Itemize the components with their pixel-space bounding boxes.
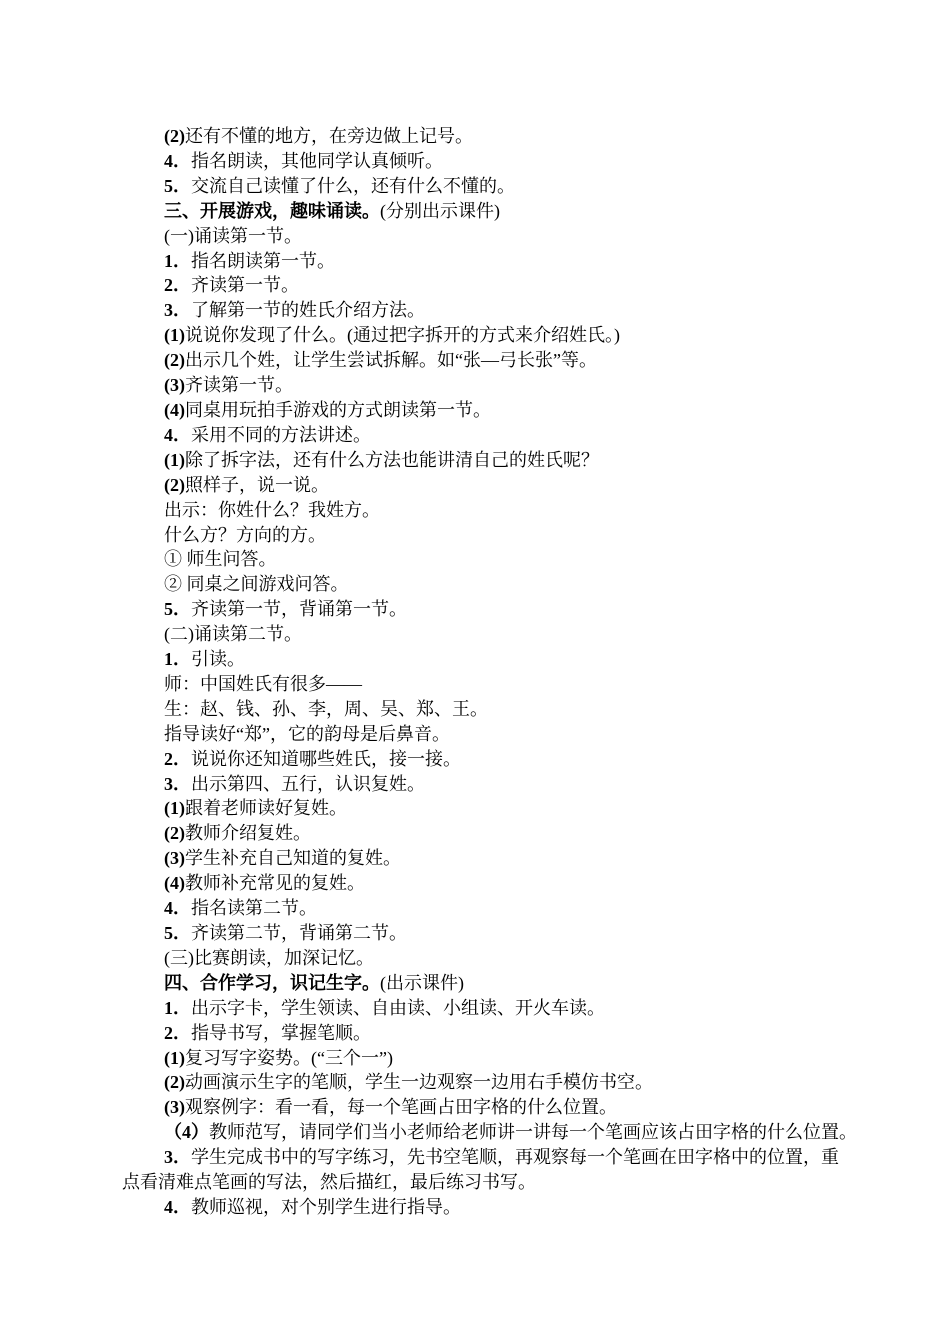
line-text: 除了拆字法，还有什么方法也能讲清自己的姓氏呢？ [185,450,599,470]
text-line: 3．学生完成书中的写字练习，先书空笔顺，再观察每一个笔画在田字格中的位置，重 [122,1145,830,1170]
line-text: 跟着老师读好复姓。 [185,798,347,818]
line-text: 点看清难点笔画的写法，然后描红，最后练习书写。 [122,1172,536,1192]
line-text: 交流自己读懂了什么，还有什么不懂的。 [191,176,515,196]
list-marker: (1) [164,450,185,470]
text-line: 1．出示字卡，学生领读、自由读、小组读、开火车读。 [122,996,830,1021]
line-text: 采用不同的方法讲述。 [191,425,371,445]
line-text: 了解第一节的姓氏介绍方法。 [191,300,425,320]
text-line: 三、开展游戏，趣味诵读。(分别出示课件) [122,199,830,224]
line-text: 教师介绍复姓。 [185,823,311,843]
line-text: 指导读好“郑”，它的韵母是后鼻音。 [164,724,450,744]
list-marker: 3． [164,300,191,320]
line-text: 教师范写，请同学们当小老师给老师讲一讲每一个笔画应该占田字格的什么位置。 [209,1122,857,1142]
line-text: 出示字卡，学生领读、自由读、小组读、开火车读。 [191,998,605,1018]
line-text: 指名读第二节。 [191,898,317,918]
line-text: 还有不懂的地方，在旁边做上记号。 [185,126,473,146]
line-text: 指名朗读，其他同学认真倾听。 [191,151,443,171]
list-marker: (2) [164,350,185,370]
list-marker: 1． [164,251,191,271]
line-text: 观察例字：看一看，每一个笔画占田字格的什么位置。 [185,1097,617,1117]
text-line: 2．齐读第一节。 [122,273,830,298]
text-line: ② 同桌之间游戏问答。 [122,572,830,597]
line-text: 教师巡视，对个别学生进行指导。 [191,1197,461,1217]
list-marker: (1) [164,1048,185,1068]
line-text: 学生完成书中的写字练习，先书空笔顺，再观察每一个笔画在田字格中的位置，重 [191,1147,839,1167]
text-line: 4．指名朗读，其他同学认真倾听。 [122,149,830,174]
text-line: (3)学生补充自己知道的复姓。 [122,846,830,871]
list-marker: 3． [164,1147,191,1167]
line-text: 教师补充常见的复姓。 [185,873,365,893]
text-line: 四、合作学习，识记生字。(出示课件) [122,971,830,996]
line-text: 引读。 [191,649,245,669]
document-page: (2)还有不懂的地方，在旁边做上记号。4．指名朗读，其他同学认真倾听。5．交流自… [0,0,950,1344]
line-text: 学生补充自己知道的复姓。 [185,848,401,868]
list-marker: 4． [164,151,191,171]
text-line: (4)教师补充常见的复姓。 [122,871,830,896]
text-line: (二)诵读第二节。 [122,622,830,647]
text-line: 1．引读。 [122,647,830,672]
text-line: (三)比赛朗读，加深记忆。 [122,946,830,971]
text-line: (2)动画演示生字的笔顺，学生一边观察一边用右手模仿书空。 [122,1070,830,1095]
line-text: (出示课件) [380,973,464,993]
list-marker: 5． [164,923,191,943]
line-text: 指导书写，掌握笔顺。 [191,1023,371,1043]
text-line: 点看清难点笔画的写法，然后描红，最后练习书写。 [122,1170,830,1195]
text-line: 生：赵、钱、孙、李，周、吴、郑、王。 [122,697,830,722]
text-line: 4．采用不同的方法讲述。 [122,423,830,448]
section-heading: 三、开展游戏，趣味诵读。 [164,201,380,221]
text-line: 出示：你姓什么？我姓方。 [122,498,830,523]
list-marker: 1． [164,649,191,669]
list-marker: (1) [164,325,185,345]
text-line: (2)出示几个姓，让学生尝试拆解。如“张—弓长张”等。 [122,348,830,373]
line-text: (分别出示课件) [380,201,500,221]
line-text: 出示几个姓，让学生尝试拆解。如“张—弓长张”等。 [185,350,597,370]
document-body: (2)还有不懂的地方，在旁边做上记号。4．指名朗读，其他同学认真倾听。5．交流自… [122,124,830,1220]
text-line: (4)同桌用玩拍手游戏的方式朗读第一节。 [122,398,830,423]
text-line: 5．齐读第二节，背诵第二节。 [122,921,830,946]
list-marker: (3) [164,375,185,395]
text-line: 指导读好“郑”，它的韵母是后鼻音。 [122,722,830,747]
list-marker: 5． [164,176,191,196]
text-line: (2)教师介绍复姓。 [122,821,830,846]
text-line: (1)复习写字姿势。(“三个一”) [122,1046,830,1071]
text-line: (3)齐读第一节。 [122,373,830,398]
text-line: (2)还有不懂的地方，在旁边做上记号。 [122,124,830,149]
text-line: (1)说说你发现了什么。(通过把字拆开的方式来介绍姓氏。) [122,323,830,348]
text-line: 1．指名朗读第一节。 [122,249,830,274]
text-line: (1)除了拆字法，还有什么方法也能讲清自己的姓氏呢？ [122,448,830,473]
line-text: (一)诵读第一节。 [164,226,302,246]
line-text: 齐读第一节。 [191,275,299,295]
text-line: 3．出示第四、五行，认识复姓。 [122,772,830,797]
list-marker: 1． [164,998,191,1018]
section-heading: 四、合作学习，识记生字。 [164,973,380,993]
line-text: 指名朗读第一节。 [191,251,335,271]
line-text: 齐读第二节，背诵第二节。 [191,923,407,943]
text-line: 2．说说你还知道哪些姓氏，接一接。 [122,747,830,772]
list-marker: (4) [164,873,185,893]
text-line: (2)照样子，说一说。 [122,473,830,498]
list-marker: (2) [164,1072,185,1092]
line-text: 同桌用玩拍手游戏的方式朗读第一节。 [185,400,491,420]
list-marker: (2) [164,126,185,146]
text-line: (1)跟着老师读好复姓。 [122,796,830,821]
list-marker: (3) [164,848,185,868]
text-line: 3．了解第一节的姓氏介绍方法。 [122,298,830,323]
list-marker: 4． [164,1197,191,1217]
list-marker: (2) [164,823,185,843]
line-text: 复习写字姿势。(“三个一”) [185,1048,393,1068]
list-marker: 2． [164,749,191,769]
line-text: 出示第四、五行，认识复姓。 [191,774,425,794]
line-text: 齐读第一节。 [185,375,293,395]
line-text: ① 师生问答。 [164,549,277,569]
text-line: 什么方？方向的方。 [122,523,830,548]
text-line: ① 师生问答。 [122,547,830,572]
text-line: 4．教师巡视，对个别学生进行指导。 [122,1195,830,1220]
list-marker: 2． [164,1023,191,1043]
line-text: 什么方？方向的方。 [164,525,326,545]
text-line: 2．指导书写，掌握笔顺。 [122,1021,830,1046]
list-marker: (4) [164,400,185,420]
line-text: (三)比赛朗读，加深记忆。 [164,948,374,968]
text-line: 4．指名读第二节。 [122,896,830,921]
line-text: (二)诵读第二节。 [164,624,302,644]
list-marker: 3． [164,774,191,794]
list-marker: 4． [164,898,191,918]
text-line: (一)诵读第一节。 [122,224,830,249]
line-text: ② 同桌之间游戏问答。 [164,574,349,594]
list-marker: 5． [164,599,191,619]
list-marker: （4） [164,1122,209,1142]
line-text: 动画演示生字的笔顺，学生一边观察一边用右手模仿书空。 [185,1072,653,1092]
line-text: 照样子，说一说。 [185,475,329,495]
list-marker: 2． [164,275,191,295]
list-marker: 4． [164,425,191,445]
list-marker: (3) [164,1097,185,1117]
list-marker: (2) [164,475,185,495]
line-text: 说说你发现了什么。(通过把字拆开的方式来介绍姓氏。) [185,325,620,345]
text-line: (3)观察例字：看一看，每一个笔画占田字格的什么位置。 [122,1095,830,1120]
text-line: 5．交流自己读懂了什么，还有什么不懂的。 [122,174,830,199]
text-line: 师：中国姓氏有很多—— [122,672,830,697]
line-text: 出示：你姓什么？我姓方。 [164,500,380,520]
line-text: 生：赵、钱、孙、李，周、吴、郑、王。 [164,699,488,719]
text-line: 5．齐读第一节，背诵第一节。 [122,597,830,622]
text-line: （4）教师范写，请同学们当小老师给老师讲一讲每一个笔画应该占田字格的什么位置。 [122,1120,830,1145]
line-text: 师：中国姓氏有很多—— [164,674,362,694]
line-text: 齐读第一节，背诵第一节。 [191,599,407,619]
line-text: 说说你还知道哪些姓氏，接一接。 [191,749,461,769]
list-marker: (1) [164,798,185,818]
